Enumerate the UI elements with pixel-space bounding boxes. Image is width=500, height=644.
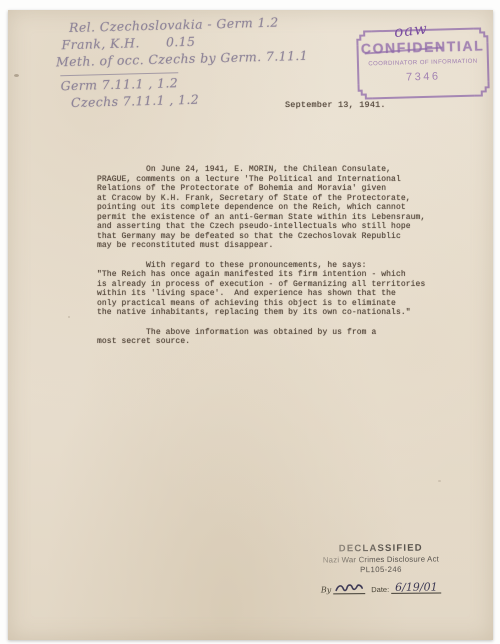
- by-label: By: [321, 585, 331, 594]
- confidential-stamp: oaw CONFIDENTIAL COORDINATOR OF INFORMAT…: [354, 25, 492, 103]
- paper: Rel. Czechoslovakia - Germ 1.2 Frank, K.…: [8, 10, 493, 640]
- declassified-title: DECLASSIFIED: [296, 542, 466, 554]
- public-law-number: PL105-246: [296, 564, 466, 574]
- document-scan: Rel. Czechoslovakia - Germ 1.2 Frank, K.…: [0, 0, 500, 644]
- handwritten-initials: oaw: [393, 19, 429, 41]
- signature-line: By Date: 6/19/01: [296, 581, 466, 594]
- date-label: Date:: [371, 585, 389, 594]
- declassified-stamp: DECLASSIFIED Nazi War Crimes Disclosure …: [296, 542, 466, 594]
- paper-speck: [68, 316, 70, 318]
- paragraph-3: The above information was obtained by us…: [97, 328, 442, 347]
- paragraph-2: With regard to these pronouncements, he …: [97, 261, 442, 318]
- disclosure-act-line: Nazi War Crimes Disclosure Act: [296, 554, 466, 564]
- date-line: September 13, 1941.: [285, 100, 386, 110]
- paper-speck: [14, 74, 19, 77]
- paragraph-1: On June 24, 1941, E. MORIN, the Chilean …: [97, 165, 442, 251]
- memo-body: On June 24, 1941, E. MORIN, the Chilean …: [97, 165, 442, 357]
- paper-speck: [438, 480, 441, 482]
- signature-scribble-icon: [333, 582, 365, 594]
- declassified-date-value: 6/19/01: [391, 581, 442, 593]
- handwritten-notes: Rel. Czechoslovakia - Germ 1.2 Frank, K.…: [55, 13, 317, 112]
